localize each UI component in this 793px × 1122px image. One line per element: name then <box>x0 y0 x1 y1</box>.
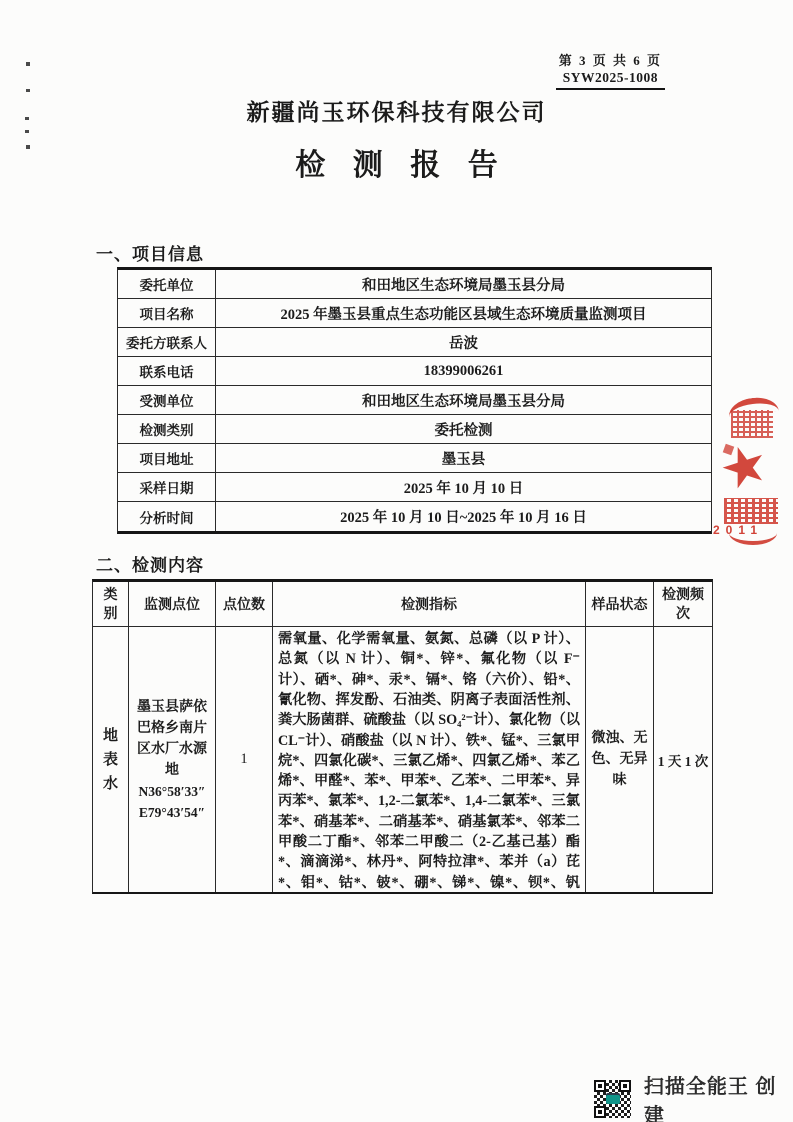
cell-indicators: 水温、pH、溶解氧、高锰酸盐指数、五日生化需氧量、化学需氧量、氨氮、总磷（以 P… <box>273 627 586 892</box>
table-row: 受测单位 和田地区生态环境局墨玉县分局 <box>118 386 711 415</box>
section-heading-project-info: 一、项目信息 <box>96 240 204 265</box>
table-row: 项目名称 2025 年墨玉县重点生态功能区县域生态环境质量监测项目 <box>118 299 711 328</box>
qr-finder-pattern <box>594 1080 606 1092</box>
row-label: 委托单位 <box>118 270 216 298</box>
row-label: 分析时间 <box>118 502 216 531</box>
row-value: 2025 年 10 月 10 日~2025 年 10 月 16 日 <box>216 502 711 531</box>
qr-finder-pattern <box>594 1106 606 1118</box>
site-coordinate-east: E79°43′54″ <box>139 802 205 823</box>
cell-monitoring-site: 墨玉县萨依巴格乡南片区水厂水源地 N36°58′33″ E79°43′54″ <box>129 627 216 892</box>
table-row: 采样日期 2025 年 10 月 10 日 <box>118 473 711 502</box>
table-row: 委托单位 和田地区生态环境局墨玉县分局 <box>118 270 711 299</box>
qr-center-logo <box>606 1095 620 1104</box>
row-label: 联系电话 <box>118 357 216 385</box>
row-label: 委托方联系人 <box>118 328 216 356</box>
star-icon: ★ <box>713 434 776 500</box>
qr-finder-pattern <box>619 1080 631 1092</box>
column-header-point-count: 点位数 <box>216 582 273 627</box>
row-value: 2025 年 10 月 10 日 <box>216 473 711 501</box>
site-name: 墨玉县萨依巴格乡南片区水厂水源地 <box>132 697 212 781</box>
row-label: 项目名称 <box>118 299 216 327</box>
table-row: 联系电话 18399006261 <box>118 357 711 386</box>
row-label: 受测单位 <box>118 386 216 414</box>
seal-arc <box>729 533 777 545</box>
seal-text-block <box>724 498 778 524</box>
column-header-indicators: 检测指标 <box>273 582 586 627</box>
row-label: 采样日期 <box>118 473 216 501</box>
scan-speck <box>26 89 30 92</box>
row-value: 委托检测 <box>216 415 711 443</box>
row-value: 和田地区生态环境局墨玉县分局 <box>216 386 711 414</box>
row-label: 项目地址 <box>118 444 216 472</box>
row-value: 2025 年墨玉县重点生态功能区县域生态环境质量监测项目 <box>216 299 711 327</box>
company-name: 新疆尚玉环保科技有限公司 <box>0 94 793 127</box>
project-info-table: 委托单位 和田地区生态环境局墨玉县分局 项目名称 2025 年墨玉县重点生态功能… <box>117 267 712 534</box>
page-number: 第 3 页 共 6 页 <box>556 50 665 69</box>
cell-point-count: 1 <box>216 627 273 892</box>
site-coordinate-north: N36°58′33″ <box>139 781 206 802</box>
table-row: 委托方联系人 岳波 <box>118 328 711 357</box>
report-page: 第 3 页 共 6 页 SYW2025-1008 新疆尚玉环保科技有限公司 检 … <box>0 0 793 1122</box>
footer: 扫描全能王 创建 <box>594 1070 793 1122</box>
scan-speck <box>25 130 29 133</box>
table-row: 分析时间 2025 年 10 月 10 日~2025 年 10 月 16 日 <box>118 502 711 531</box>
cell-sample-state: 微浊、无色、无异味 <box>586 627 654 892</box>
row-value: 和田地区生态环境局墨玉县分局 <box>216 270 711 298</box>
page-header: 第 3 页 共 6 页 SYW2025-1008 <box>556 50 665 90</box>
column-header-frequency: 检测频次 <box>654 582 712 627</box>
row-label: 检测类别 <box>118 415 216 443</box>
monitoring-content-table: 类别 监测点位 点位数 检测指标 样品状态 检测频次 地表水 墨玉县萨依巴格乡南… <box>92 579 713 894</box>
table-row: 检测类别 委托检测 <box>118 415 711 444</box>
camscanner-label: 扫描全能王 创建 <box>644 1070 793 1122</box>
official-seal: ★ 2011 <box>711 392 793 547</box>
scan-speck <box>26 62 30 66</box>
report-number: SYW2025-1008 <box>556 70 665 90</box>
column-header-sample-state: 样品状态 <box>586 582 654 627</box>
row-value: 18399006261 <box>216 357 711 385</box>
row-value: 墨玉县 <box>216 444 711 472</box>
indicators-text: 水温、pH、溶解氧、高锰酸盐指数、五日生化需氧量、化学需氧量、氨氮、总磷（以 P… <box>273 627 585 892</box>
cell-category: 地表水 <box>93 627 129 892</box>
column-header-site: 监测点位 <box>129 582 216 627</box>
table-row: 项目地址 墨玉县 <box>118 444 711 473</box>
report-title: 检 测 报 告 <box>0 140 793 184</box>
row-value: 岳波 <box>216 328 711 356</box>
column-header-category: 类别 <box>93 582 129 627</box>
cell-frequency: 1 天 1 次 <box>654 627 712 892</box>
qr-code-icon <box>594 1080 631 1118</box>
section-heading-monitoring-content: 二、检测内容 <box>96 551 204 576</box>
